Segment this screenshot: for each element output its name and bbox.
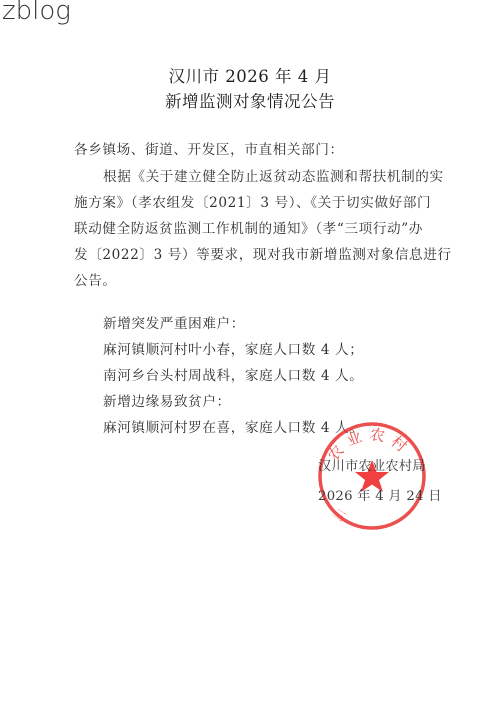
body-line: 发〔2022〕3 号）等要求，现对我市新增监测对象信息进行 (74, 243, 452, 263)
document-title-line2: 新增监测对象情况公告 (0, 88, 500, 112)
entry: 南河乡台头村周战科，家庭人口数 4 人。 (103, 364, 363, 384)
body-line: 联动健全防返贫监测工作机制的通知》（孝“三项行动”办 (74, 217, 423, 237)
issuer-name: 汉川市农业农村局 (318, 455, 426, 474)
body-line: 施方案》（孝农组发〔2021〕3 号）、《关于切实做好部门 (74, 191, 431, 211)
issue-date: 2026 年 4 月 24 日 (318, 485, 442, 504)
official-seal-icon: 农业农村 三 (316, 420, 428, 532)
section-heading: 新增突发严重困难户： (103, 312, 245, 332)
section-heading: 新增边缘易致贫户： (103, 390, 231, 410)
watermark-text: zblog (2, 0, 71, 26)
body-line: 公告。 (74, 269, 117, 289)
document-title-line1: 汉川市 2026 年 4 月 (0, 63, 500, 87)
salutation: 各乡镇场、街道、开发区，市直相关部门： (74, 138, 344, 158)
body-line: 根据《关于建立健全防止返贫动态监测和帮扶机制的实 (103, 165, 444, 185)
entry: 麻河镇顺河村叶小春，家庭人口数 4 人； (103, 338, 363, 358)
